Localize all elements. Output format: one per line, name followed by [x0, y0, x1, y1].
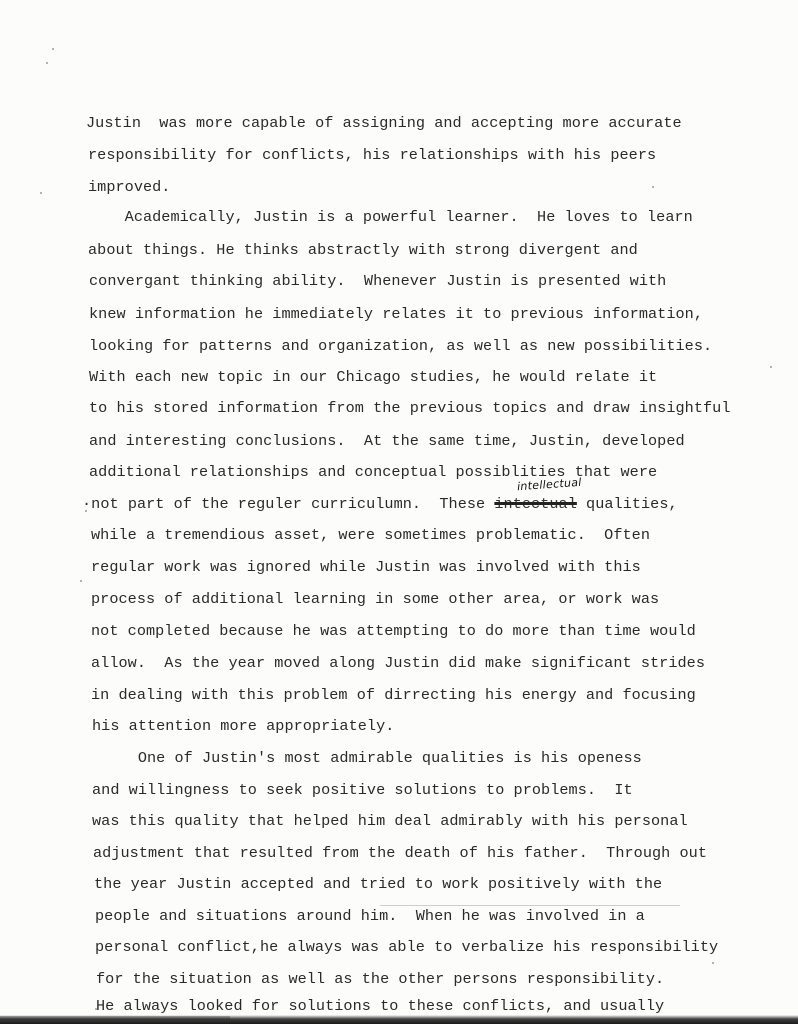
scanned-document-page: Justin was more capable of assigning and…	[0, 0, 798, 1024]
scan-speck	[85, 510, 87, 512]
scan-speck	[40, 192, 42, 194]
document-line: He always looked for solutions to these …	[96, 996, 664, 1016]
scan-speck	[652, 186, 654, 188]
document-line: regular work was ignored while Justin wa…	[91, 557, 641, 577]
document-line: improved.	[88, 177, 170, 197]
document-line: looking for patterns and organization, a…	[89, 336, 712, 356]
scan-bottom-edge	[0, 1015, 798, 1024]
document-line: and interesting conclusions. At the same…	[89, 431, 685, 451]
document-line: One of Justin's most admirable qualities…	[92, 748, 642, 768]
struck-through-word: intectual	[494, 495, 576, 513]
document-line: his attention more appropriately.	[92, 716, 394, 736]
scan-fold-mark	[380, 905, 680, 906]
document-line-tail: qualities,	[577, 495, 678, 513]
scan-speck	[52, 48, 54, 50]
document-line: in dealing with this problem of dirrecti…	[91, 685, 696, 705]
document-line: for the situation as well as the other p…	[96, 969, 664, 989]
scan-speck	[770, 366, 772, 368]
document-line: and willingness to seek positive solutio…	[92, 780, 633, 800]
document-line: while a tremendious asset, were sometime…	[91, 525, 650, 545]
document-line: not completed because he was attempting …	[91, 621, 696, 641]
document-line: convergant thinking ability. Whenever Ju…	[89, 271, 666, 291]
document-line: people and situations around him. When h…	[95, 906, 645, 926]
document-line: was this quality that helped him deal ad…	[92, 811, 688, 831]
scan-speck	[712, 962, 714, 964]
document-line: process of additional learning in some o…	[91, 589, 659, 609]
document-line: the year Justin accepted and tried to wo…	[94, 874, 662, 894]
document-line: allow. As the year moved along Justin di…	[91, 653, 705, 673]
scan-speck	[95, 1008, 97, 1010]
document-line: knew information he immediately relates …	[89, 304, 703, 324]
document-line: Justin was more capable of assigning and…	[86, 113, 682, 133]
document-line: ·not part of the reguler curriculumn. Th…	[82, 494, 678, 514]
document-line: responsibility for conflicts, his relati…	[88, 145, 656, 165]
scan-speck	[46, 62, 48, 64]
document-line: With each new topic in our Chicago studi…	[89, 367, 657, 387]
scan-speck	[80, 580, 82, 582]
document-line: personal conflict,he always was able to …	[95, 937, 718, 957]
document-line: to his stored information from the previ…	[89, 398, 730, 418]
document-line: about things. He thinks abstractly with …	[88, 240, 638, 260]
document-line: Academically, Justin is a powerful learn…	[88, 207, 693, 227]
document-line: adjustment that resulted from the death …	[93, 843, 707, 863]
